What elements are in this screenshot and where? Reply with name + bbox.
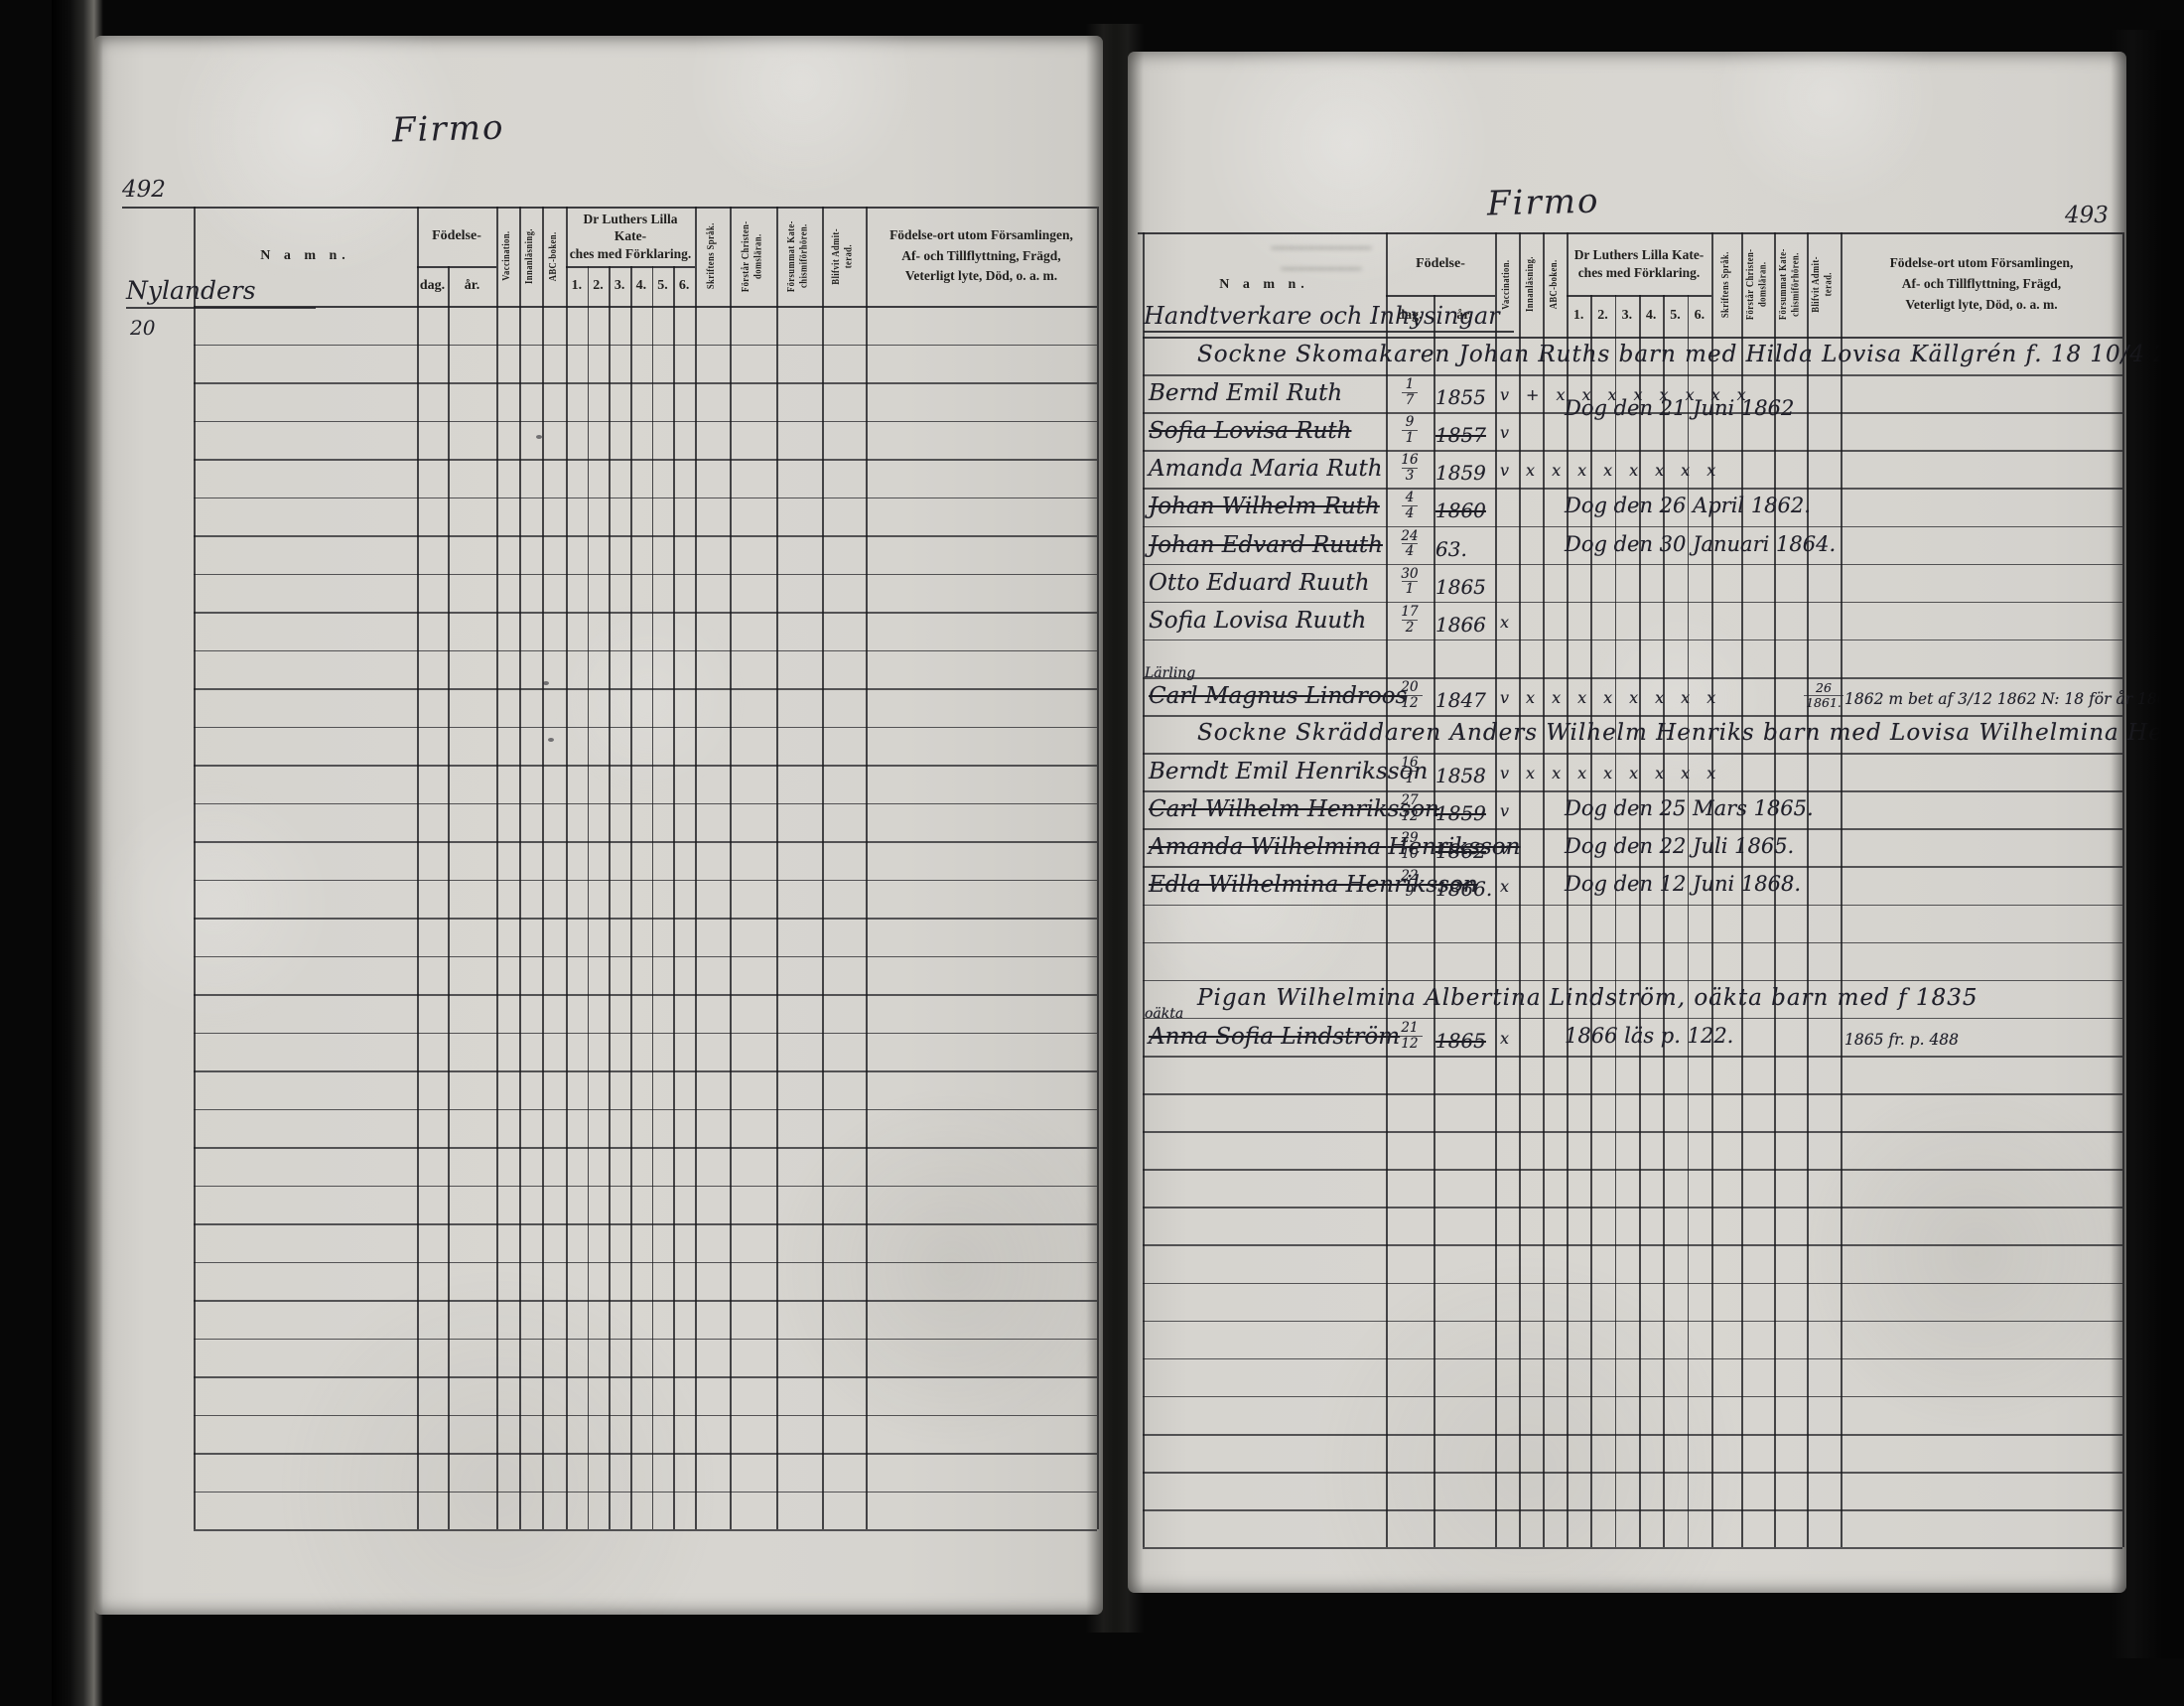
table-rule <box>1143 790 2122 792</box>
table-column-line <box>519 207 521 1529</box>
birth-day-denominator: 4 <box>1402 543 1419 559</box>
table-rule <box>1143 1093 2122 1095</box>
col-header-forsummat-katechismiforhoren-label: Försummat Kate- chismiförhören. <box>786 218 811 293</box>
birth-day-numerator: 16 <box>1401 453 1418 468</box>
table-rule <box>194 459 1097 461</box>
entry-check-marks: v <box>1500 839 1526 858</box>
entry-birth-year: 1855 <box>1435 385 1486 409</box>
entry-birth-day: 244 <box>1386 529 1433 560</box>
entry-name: Bernd Emil Ruth <box>1149 380 1342 406</box>
birth-day-numerator: 9 <box>1406 415 1415 430</box>
fodelseort-line3: Veterligt lyte, Död, o. a. m. <box>905 266 1057 287</box>
table-rule <box>194 994 1097 996</box>
ink-speck <box>543 681 549 685</box>
col-header-katekes-5: 5. <box>652 266 674 306</box>
table-rule <box>1143 1018 2122 1020</box>
family-heading: Pigan Wilhelmina Albertina Lindström, oä… <box>1197 985 1978 1011</box>
fodelseort-line2: Af- och Tillflyttning, Frägd, <box>1902 274 2061 295</box>
col-header-abc-boken: ABC-boken. <box>542 207 566 306</box>
table-rule <box>194 918 1097 920</box>
family-heading: Sockne Skomakaren Johan Ruths barn med H… <box>1197 342 2184 367</box>
admitted-bottom: 1861. <box>1804 695 1843 710</box>
col-header-blifvit-admitterad-label: Blifvit Admit- terad. <box>831 218 856 293</box>
table-rule <box>194 382 1097 384</box>
birth-day-denominator: 7 <box>1402 392 1419 408</box>
table-rule <box>194 574 1097 576</box>
table-column-line <box>1663 295 1665 1547</box>
entry-birth-year: 1859 <box>1435 801 1486 825</box>
col-header-innanlasning: Innanläsning. <box>519 207 542 306</box>
table-column-line <box>673 266 675 1529</box>
ink-speck <box>536 435 542 439</box>
entry-birth-year: 1865 <box>1435 575 1486 599</box>
family-heading: Sockne Skräddaren Anders Wilhelm Henriks… <box>1197 720 2184 746</box>
table-column-line <box>822 207 824 1529</box>
entry-birth-day: 2012 <box>1386 680 1433 711</box>
table-column-line <box>1807 232 1809 1547</box>
table-column-line <box>609 266 611 1529</box>
entry-birth-day: 172 <box>1386 605 1433 636</box>
ledger-scan-background: { "colors":{"paper":"#d6d4cf","print_ink… <box>0 0 2184 1706</box>
birth-day-denominator: 1 <box>1402 581 1419 597</box>
col-header-innanlasning-label: Innanläsning. <box>524 228 537 284</box>
entry-name: Amanda Maria Ruth <box>1149 456 1383 482</box>
table-rule <box>194 956 1097 958</box>
katekes-title-line1: Dr Luthers Lilla Kate- <box>566 211 695 245</box>
table-column-line <box>194 207 196 1529</box>
table-rule <box>194 1453 1097 1455</box>
entry-birth-day: 17 <box>1386 377 1433 408</box>
table-rule <box>1143 1396 2122 1398</box>
table-rule <box>1143 942 2122 944</box>
table-rule <box>194 1415 1097 1417</box>
col-header-innanlasning: Innanläsning. <box>1519 232 1543 337</box>
table-column-line <box>1688 295 1690 1547</box>
entry-birth-year: 1858 <box>1435 764 1486 787</box>
table-rule <box>1143 677 2122 679</box>
entry-admitted: 261861. <box>1805 681 1843 711</box>
table-column-line <box>695 207 697 1529</box>
col-header-katekes: Dr Luthers Lilla Kate-ches med Förklarin… <box>1567 232 1711 295</box>
table-rule <box>1143 1472 2122 1474</box>
table-rule <box>1143 1244 2122 1246</box>
entry-birth-day: 44 <box>1386 491 1433 521</box>
entry-name: Anna Sofia Lindström <box>1149 1024 1400 1050</box>
col-header-katekes-4: 4. <box>630 266 652 306</box>
table-column-line <box>1543 232 1545 1547</box>
col-header-blifvit-admitterad-label: Blifvit Admit- terad. <box>1811 245 1836 325</box>
page-title-right: Firmo <box>1486 182 1599 224</box>
entry-birth-year: 1859 <box>1435 461 1486 485</box>
col-header-fodelseort: Födelse-ort utom Församlingen,Af- och Ti… <box>1841 232 2122 337</box>
birth-day-denominator: 10 <box>1397 846 1422 862</box>
table-rule <box>1143 374 2122 376</box>
entry-death-note: Dog den 21 Juni 1862 <box>1565 396 1794 420</box>
admitted-top: 26 <box>1816 681 1832 695</box>
table-rule <box>194 1033 1097 1035</box>
table-rule <box>194 535 1097 537</box>
table-rule <box>1143 1207 2122 1208</box>
table-rule <box>1143 1056 2122 1058</box>
table-rule <box>1143 526 2122 528</box>
table-rule <box>1143 1434 2122 1436</box>
entry-birth-day: 301 <box>1386 567 1433 598</box>
entry-check-marks: x <box>1500 877 1526 896</box>
margin-note-left: 20 <box>130 316 155 340</box>
table-rule <box>1143 905 2122 907</box>
birth-day-numerator: 24 <box>1401 529 1418 544</box>
table-rule <box>194 498 1097 499</box>
col-header-forsummat-katechismiforhoren-label: Försummat Kate- chismiförhören. <box>1778 245 1803 325</box>
col-header-fodelseort: Födelse-ort utom Församlingen,Af- och Ti… <box>866 207 1097 306</box>
table-rule <box>1143 640 2122 641</box>
page-title-left: Firmo <box>391 108 504 151</box>
entry-birth-year: 1865 <box>1435 1029 1486 1053</box>
birth-day-numerator: 16 <box>1401 756 1418 771</box>
table-rule <box>1143 980 2122 982</box>
page-number-right: 493 <box>2065 203 2109 228</box>
entry-death-note: 1866 läs p. 122. <box>1565 1024 1733 1048</box>
birth-day-numerator: 17 <box>1401 605 1418 620</box>
table-column-line <box>776 207 778 1529</box>
table-rule <box>1143 1283 2122 1285</box>
entry-death-note: Dog den 25 Mars 1865. <box>1565 796 1814 820</box>
entry-birth-day: 161 <box>1386 756 1433 786</box>
left-page: 492 Firmo N a m n.Födelse-dag.år.Vaccina… <box>94 36 1103 1615</box>
col-header-skriftens-sprak-label: Skriftens Språk. <box>706 223 719 290</box>
entry-birth-year: 1862 <box>1435 839 1486 863</box>
birth-day-denominator: 1 <box>1402 771 1419 786</box>
fodelseort-line1: Födelse-ort utom Församlingen, <box>889 225 1073 246</box>
table-rule <box>1143 564 2122 566</box>
birth-day-denominator: 12 <box>1397 695 1422 711</box>
entry-birth-year: 1847 <box>1435 688 1486 712</box>
col-header-forsummat-katechismiforhoren: Försummat Kate- chismiförhören. <box>776 207 822 306</box>
birth-day-denominator: 3 <box>1402 468 1419 484</box>
entry-birth-day: 2112 <box>1386 1021 1433 1052</box>
entry-death-note: Dog den 30 Januari 1864. <box>1565 532 1836 556</box>
entry-birth-year: 1857 <box>1435 423 1486 447</box>
col-header-abc-boken: ABC-boken. <box>1543 232 1567 337</box>
col-header-skriftens-sprak: Skriftens Språk. <box>695 207 730 306</box>
col-header-katekes-1: 1. <box>1567 295 1590 337</box>
birth-day-numerator: 29 <box>1401 831 1418 846</box>
entry-birth-year: 63. <box>1435 537 1467 561</box>
birth-day-numerator: 4 <box>1406 491 1415 505</box>
entry-check-marks: v <box>1500 801 1526 820</box>
entry-death-note: Dog den 12 Juni 1868. <box>1565 872 1801 896</box>
table-column-line <box>866 207 868 1529</box>
section-heading-left: Nylanders <box>126 276 316 309</box>
entry-remark: 1865 fr. p. 488 <box>1844 1031 1959 1049</box>
entry-birth-year: 1866. <box>1435 877 1492 901</box>
entry-birth-day: 91 <box>1386 415 1433 446</box>
table-column-line <box>566 207 568 1529</box>
entry-birth-year: 1860 <box>1435 498 1486 522</box>
table-rule <box>194 1529 1097 1531</box>
col-header-skriftens-sprak: Skriftens Språk. <box>1711 232 1741 337</box>
book-right-edge <box>2111 30 2184 1658</box>
col-header-katekes-1: 1. <box>566 266 588 306</box>
table-rule <box>1143 337 2122 339</box>
table-rule <box>194 306 1097 308</box>
entry-death-note: Dog den 22 Juli 1865. <box>1565 834 1794 858</box>
entry-name: Sofia Lovisa Ruth <box>1149 418 1351 444</box>
birth-day-numerator: 30 <box>1401 567 1418 582</box>
table-rule <box>1143 450 2122 452</box>
entry-birth-day: 229 <box>1386 869 1433 900</box>
right-page: 493 Firmo ▔▔▔▔▔▔▔▔▔▔▔▔▔▔▔▔▔▔ N a m n.Föd… <box>1128 52 2126 1593</box>
entry-check-marks: vxxxxxxxx <box>1500 461 1732 480</box>
col-header-forstar-christendomslaran-label: Förstår Christen- domsläran. <box>741 218 765 293</box>
col-header-blifvit-admitterad: Blifvit Admit- terad. <box>1807 232 1841 337</box>
col-header-katekes-6: 6. <box>1688 295 1711 337</box>
col-header-forsummat-katechismiforhoren: Försummat Kate- chismiförhören. <box>1774 232 1807 337</box>
entry-birth-day: 163 <box>1386 453 1433 484</box>
table-column-line <box>1639 295 1641 1547</box>
birth-day-numerator: 22 <box>1401 869 1418 884</box>
birth-day-numerator: 21 <box>1401 1021 1418 1036</box>
entry-check-marks: vxxxxxxxx <box>1500 764 1732 782</box>
book-gutter <box>1086 24 1144 1633</box>
table-rule <box>194 421 1097 423</box>
entry-name: Otto Eduard Ruuth <box>1149 570 1370 596</box>
table-column-line <box>588 266 590 1529</box>
birth-day-numerator: 1 <box>1406 377 1415 392</box>
table-rule <box>1143 715 2122 717</box>
table-rule <box>194 1300 1097 1302</box>
entry-check-marks: x <box>1500 1029 1526 1048</box>
birth-day-numerator: 27 <box>1401 793 1418 808</box>
entry-check-marks: v <box>1500 423 1526 442</box>
col-header-katekes-4: 4. <box>1639 295 1663 337</box>
table-rule <box>194 880 1097 882</box>
table-rule <box>194 345 1097 347</box>
table-column-line <box>730 207 732 1529</box>
table-rule <box>194 803 1097 805</box>
table-rule <box>194 650 1097 652</box>
entry-prefix: Lärling <box>1145 665 1195 681</box>
table-rule <box>194 727 1097 729</box>
table-rule <box>194 1262 1097 1264</box>
table-rule <box>1143 828 2122 830</box>
fodelseort-line2: Af- och Tillflyttning, Frägd, <box>901 246 1060 267</box>
table-rule <box>1143 753 2122 755</box>
col-header-katekes-2: 2. <box>588 266 610 306</box>
table-rule <box>1143 1547 2122 1549</box>
birth-day-denominator: 9 <box>1402 884 1419 900</box>
table-column-line <box>1590 295 1592 1547</box>
col-header-katekes: Dr Luthers Lilla Kate-ches med Förklarin… <box>566 207 695 266</box>
table-column-line <box>652 266 654 1529</box>
col-header-skriftens-sprak-label: Skriftens Språk. <box>1720 251 1733 318</box>
col-header-ar: år. <box>448 266 496 306</box>
table-column-line <box>1495 232 1497 1547</box>
col-header-katekes-6: 6. <box>673 266 695 306</box>
birth-day-denominator: 4 <box>1402 505 1419 521</box>
register-table-left: N a m n.Födelse-dag.år.Vaccination.Innan… <box>94 36 1103 1615</box>
table-column-line <box>417 207 419 1529</box>
col-header-forstar-christendomslaran-label: Förstår Christen- domsläran. <box>1745 245 1770 325</box>
table-rule <box>194 612 1097 614</box>
table-column-line <box>496 207 498 1529</box>
entry-death-note: Dog den 26 April 1862. <box>1565 494 1811 517</box>
page-number-left: 492 <box>122 177 166 203</box>
col-header-innanlasning-label: Innanläsning. <box>1525 257 1538 313</box>
col-header-katekes-3: 3. <box>609 266 630 306</box>
entry-birth-year: 1866 <box>1435 613 1486 637</box>
fodelseort-line3: Veterligt lyte, Död, o. a. m. <box>1905 295 2057 316</box>
table-column-line <box>1841 232 1843 1547</box>
table-rule <box>194 841 1097 843</box>
entry-name: Sofia Lovisa Ruuth <box>1149 608 1366 634</box>
col-header-abc-boken-label: ABC-boken. <box>1549 260 1562 310</box>
book-spine-edge <box>52 0 103 1706</box>
col-header-forstar-christendomslaran: Förstår Christen- domsläran. <box>1741 232 1774 337</box>
col-header-fodelse: Födelse- <box>417 207 496 266</box>
table-column-line <box>1615 295 1617 1547</box>
table-column-line <box>448 266 450 1529</box>
col-header-forstar-christendomslaran: Förstår Christen- domsläran. <box>730 207 776 306</box>
table-column-line <box>542 207 544 1529</box>
col-header-fodelse: Födelse- <box>1386 232 1495 295</box>
table-rule <box>1143 1509 2122 1511</box>
birth-day-denominator: 2 <box>1402 620 1419 636</box>
col-header-katekes-5: 5. <box>1663 295 1687 337</box>
ink-speck <box>548 738 554 742</box>
table-rule <box>194 765 1097 767</box>
entry-name: Johan Wilhelm Ruth <box>1149 494 1380 519</box>
table-rule <box>1143 1321 2122 1323</box>
col-header-blifvit-admitterad: Blifvit Admit- terad. <box>822 207 866 306</box>
col-header-katekes-3: 3. <box>1615 295 1639 337</box>
table-rule <box>194 1339 1097 1341</box>
table-rule <box>1143 488 2122 490</box>
entry-birth-day: 2910 <box>1386 831 1433 862</box>
table-rule <box>194 1186 1097 1188</box>
table-rule <box>1143 1131 2122 1133</box>
katekes-title-line1: Dr Luthers Lilla Kate- <box>1574 246 1705 264</box>
katekes-title-line2: ches med Förklaring. <box>570 245 692 263</box>
table-column-line <box>630 266 632 1529</box>
group-heading-right: Handtverkare och Inhysingar <box>1144 302 1514 333</box>
entry-check-marks: vxxxxxxxx <box>1500 688 1732 707</box>
table-rule <box>194 1492 1097 1493</box>
table-rule <box>194 1376 1097 1378</box>
birth-day-denominator: 12 <box>1397 1036 1422 1052</box>
table-rule <box>1143 1169 2122 1171</box>
table-rule <box>1143 602 2122 604</box>
table-rule <box>194 1070 1097 1072</box>
birth-day-numerator: 20 <box>1401 680 1418 695</box>
birth-day-denominator: 12 <box>1397 808 1422 824</box>
table-rule <box>1143 866 2122 868</box>
entry-birth-day: 2712 <box>1386 793 1433 824</box>
col-header-katekes-2: 2. <box>1590 295 1614 337</box>
table-rule <box>194 1147 1097 1149</box>
col-header-vaccination: Vaccination. <box>496 207 519 306</box>
table-rule <box>194 688 1097 690</box>
entry-prefix: oäkta <box>1145 1006 1183 1022</box>
entry-check-marks: x <box>1500 613 1526 632</box>
table-rule <box>194 1223 1097 1225</box>
katekes-title-line2: ches med Förklaring. <box>1578 264 1701 282</box>
entry-name: Johan Edvard Ruuth <box>1149 532 1383 558</box>
col-header-vaccination-label: Vaccination. <box>501 231 514 281</box>
col-header-dag: dag. <box>417 266 448 306</box>
table-rule <box>1143 1358 2122 1360</box>
fodelseort-line1: Födelse-ort utom Församlingen, <box>1890 253 2074 274</box>
entry-name: Carl Magnus Lindroos <box>1149 683 1407 709</box>
table-rule <box>194 1109 1097 1111</box>
col-header-abc-boken-label: ABC-boken. <box>548 231 561 281</box>
birth-day-denominator: 1 <box>1402 430 1419 446</box>
